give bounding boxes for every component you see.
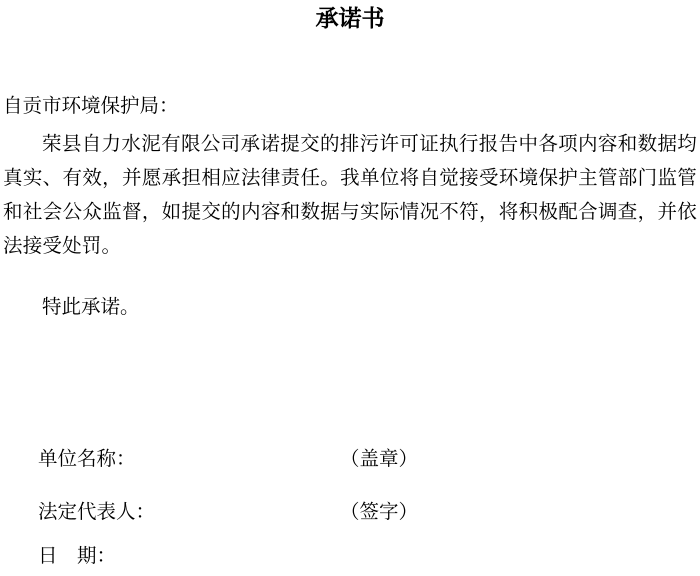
sign-annotation: （签字） bbox=[340, 501, 418, 525]
signature-row-unit-name: 单位名称： （盖章） bbox=[38, 448, 700, 474]
commitment-letter-page: 承诺书 自贡市环境保护局： 荣县自力水泥有限公司承诺提交的排污许可证执行报告中各… bbox=[0, 0, 700, 576]
stamp-annotation: （盖章） bbox=[340, 448, 418, 472]
body-paragraph: 荣县自力水泥有限公司承诺提交的排污许可证执行报告中各项内容和数据均真实、有效，并… bbox=[3, 128, 697, 264]
signature-row-date: 日 期： bbox=[38, 545, 700, 571]
date-label: 日 期： bbox=[38, 545, 116, 569]
legal-representative-label: 法定代表人： bbox=[38, 501, 155, 525]
unit-name-label: 单位名称： bbox=[38, 448, 136, 472]
signature-row-legal-representative: 法定代表人： （签字） bbox=[38, 501, 700, 527]
document-title: 承诺书 bbox=[0, 4, 700, 32]
salutation-line: 自贡市环境保护局： bbox=[3, 90, 179, 124]
closing-statement: 特此承诺。 bbox=[3, 291, 140, 325]
